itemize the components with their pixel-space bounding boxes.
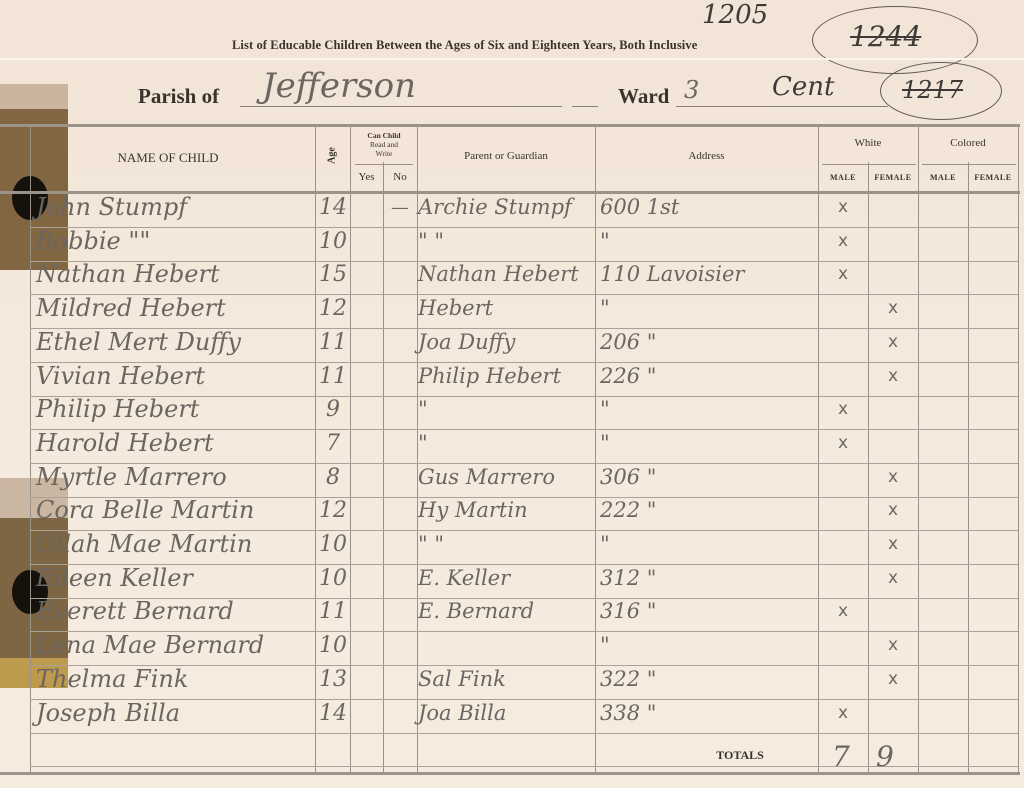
cell-name-of-child: Mildred Hebert xyxy=(36,291,314,325)
rw-sub-rule xyxy=(355,164,413,165)
ward-underline xyxy=(676,106,888,107)
cell-address: 110 Lavoisier xyxy=(600,257,818,291)
cell-parent-or-guardian: Hy Martin xyxy=(418,493,594,527)
cell-no xyxy=(383,493,417,527)
cell-parent-or-guardian: " " xyxy=(418,224,594,258)
cell-yes xyxy=(350,359,383,393)
cell-colored-male xyxy=(918,460,968,494)
cell-colored-female xyxy=(968,527,1018,561)
cell-name-of-child: Philip Hebert xyxy=(36,392,314,426)
cell-age: 9 xyxy=(316,392,350,426)
school-census-form: 1205 List of Educable Children Between t… xyxy=(0,0,1024,788)
header-colored-male: MALE xyxy=(918,173,968,182)
cell-white-male xyxy=(818,561,868,595)
ward-value: 3 xyxy=(684,76,699,104)
cell-age: 10 xyxy=(316,224,350,258)
cell-white-female: x xyxy=(868,359,918,393)
cell-colored-female xyxy=(968,493,1018,527)
cell-colored-male xyxy=(918,392,968,426)
cell-white-female xyxy=(868,594,918,628)
header-white: White xyxy=(818,137,918,149)
cell-white-female xyxy=(868,392,918,426)
header-colored-female: FEMALE xyxy=(968,173,1018,182)
cell-white-female: x xyxy=(868,493,918,527)
white-sub-rule xyxy=(822,164,916,165)
totals-white-male: 7 xyxy=(832,740,850,773)
cell-no: — xyxy=(383,190,417,224)
cell-colored-female xyxy=(968,561,1018,595)
fold-line xyxy=(0,58,1024,60)
cell-yes xyxy=(350,561,383,595)
cell-yes xyxy=(350,392,383,426)
row-rule xyxy=(30,733,1018,734)
cell-age: 11 xyxy=(316,359,350,393)
parish-underline-gap xyxy=(572,106,598,107)
cell-address: 338 " xyxy=(600,696,818,730)
cell-age: 10 xyxy=(316,527,350,561)
cell-white-male xyxy=(818,291,868,325)
annotation-circled-2: 1217 xyxy=(902,76,963,104)
cell-no xyxy=(383,257,417,291)
header-read-write-line2: Read and xyxy=(352,140,416,149)
cell-white-male: x xyxy=(818,426,868,460)
cell-colored-female xyxy=(968,190,1018,224)
header-age: Age xyxy=(327,144,338,168)
cell-colored-male xyxy=(918,291,968,325)
cell-name-of-child: Ethel Mert Duffy xyxy=(36,325,314,359)
cell-yes xyxy=(350,224,383,258)
margin-line xyxy=(30,127,31,772)
cell-no xyxy=(383,662,417,696)
cell-colored-male xyxy=(918,359,968,393)
cell-no xyxy=(383,527,417,561)
cell-name-of-child: Cora Belle Martin xyxy=(36,493,314,527)
header-colored: Colored xyxy=(918,137,1018,149)
cell-name-of-child: Bobbie "" xyxy=(36,224,314,258)
cell-white-female xyxy=(868,224,918,258)
cell-yes xyxy=(350,460,383,494)
cell-no xyxy=(383,392,417,426)
cell-address: 226 " xyxy=(600,359,818,393)
table-bottom-rule xyxy=(0,772,1020,775)
cell-white-female: x xyxy=(868,561,918,595)
cell-white-female: x xyxy=(868,662,918,696)
cell-name-of-child: Eileen Keller xyxy=(36,561,314,595)
cell-colored-female xyxy=(968,628,1018,662)
header-parent-or-guardian: Parent or Guardian xyxy=(417,150,595,162)
cell-colored-female xyxy=(968,696,1018,730)
cell-colored-female xyxy=(968,257,1018,291)
cell-no xyxy=(383,291,417,325)
form-title: List of Educable Children Between the Ag… xyxy=(232,38,697,53)
cell-yes xyxy=(350,527,383,561)
header-white-female: FEMALE xyxy=(868,173,918,182)
cell-colored-male xyxy=(918,561,968,595)
cell-white-female xyxy=(868,257,918,291)
annotation-circled-1: 1244 xyxy=(850,20,921,53)
row-rule xyxy=(30,766,1018,767)
cell-age: 10 xyxy=(316,628,350,662)
cell-white-female xyxy=(868,190,918,224)
cell-parent-or-guardian: " " xyxy=(418,527,594,561)
cell-white-male xyxy=(818,460,868,494)
cell-age: 15 xyxy=(316,257,350,291)
cell-parent-or-guardian: Hebert xyxy=(418,291,594,325)
cell-age: 14 xyxy=(316,190,350,224)
cell-parent-or-guardian: " xyxy=(418,426,594,460)
cell-no xyxy=(383,224,417,258)
cell-parent-or-guardian: Archie Stumpf xyxy=(418,190,594,224)
cell-name-of-child: Joseph Billa xyxy=(36,696,314,730)
cell-white-male: x xyxy=(818,224,868,258)
cell-colored-female xyxy=(968,662,1018,696)
cell-colored-female xyxy=(968,325,1018,359)
parish-underline xyxy=(240,106,562,107)
cell-colored-male xyxy=(918,493,968,527)
totals-white-female: 9 xyxy=(876,740,894,773)
cell-age: 8 xyxy=(316,460,350,494)
cell-yes xyxy=(350,628,383,662)
colored-sub-rule xyxy=(922,164,1016,165)
cell-address: " xyxy=(600,291,818,325)
ward-label: Ward xyxy=(618,84,669,109)
cell-parent-or-guardian: " xyxy=(418,392,594,426)
parish-value: Jefferson xyxy=(262,66,416,106)
cell-colored-male xyxy=(918,628,968,662)
cell-name-of-child: Everett Bernard xyxy=(36,594,314,628)
cell-white-male: x xyxy=(818,594,868,628)
cell-white-female xyxy=(868,696,918,730)
cell-white-male xyxy=(818,527,868,561)
cell-parent-or-guardian: Nathan Hebert xyxy=(418,257,594,291)
cell-white-female: x xyxy=(868,291,918,325)
cell-no xyxy=(383,426,417,460)
cell-age: 14 xyxy=(316,696,350,730)
cell-name-of-child: Vivian Hebert xyxy=(36,359,314,393)
cell-white-male xyxy=(818,325,868,359)
totals-label: TOTALS xyxy=(700,748,780,763)
cell-yes xyxy=(350,325,383,359)
cell-yes xyxy=(350,594,383,628)
table-right-edge xyxy=(1018,127,1019,772)
header-white-male: MALE xyxy=(818,173,868,182)
cell-colored-female xyxy=(968,594,1018,628)
table-top-rule xyxy=(0,124,1020,127)
header-address: Address xyxy=(595,150,818,162)
cell-no xyxy=(383,628,417,662)
cell-parent-or-guardian xyxy=(418,628,594,662)
cell-colored-female xyxy=(968,426,1018,460)
cell-name-of-child: Ollah Mae Martin xyxy=(36,527,314,561)
cell-white-female: x xyxy=(868,460,918,494)
cell-parent-or-guardian: Joa Billa xyxy=(418,696,594,730)
cell-colored-male xyxy=(918,224,968,258)
cell-no xyxy=(383,561,417,595)
cell-address: " xyxy=(600,224,818,258)
cell-name-of-child: Harold Hebert xyxy=(36,426,314,460)
cell-colored-male xyxy=(918,325,968,359)
cell-yes xyxy=(350,662,383,696)
cell-no xyxy=(383,696,417,730)
cell-white-female xyxy=(868,426,918,460)
cell-no xyxy=(383,325,417,359)
cell-address: 206 " xyxy=(600,325,818,359)
cell-white-male: x xyxy=(818,190,868,224)
cell-yes xyxy=(350,696,383,730)
cell-white-male xyxy=(818,359,868,393)
cell-name-of-child: Myrtle Marrero xyxy=(36,460,314,494)
header-name-of-child: NAME OF CHILD xyxy=(68,150,268,166)
cell-address: " xyxy=(600,527,818,561)
cell-address: " xyxy=(600,426,818,460)
cell-age: 12 xyxy=(316,291,350,325)
cell-age: 7 xyxy=(316,426,350,460)
cell-parent-or-guardian: E. Keller xyxy=(418,561,594,595)
cell-name-of-child: Lena Mae Bernard xyxy=(36,628,314,662)
cell-name-of-child: Thelma Fink xyxy=(36,662,314,696)
cell-white-female: x xyxy=(868,628,918,662)
cell-colored-female xyxy=(968,392,1018,426)
parish-label: Parish of xyxy=(138,84,219,109)
cell-white-male xyxy=(818,628,868,662)
cell-parent-or-guardian: Sal Fink xyxy=(418,662,594,696)
cell-white-male: x xyxy=(818,696,868,730)
cell-colored-male xyxy=(918,662,968,696)
header-read-write: Can Child Read and Write xyxy=(352,131,416,158)
cell-name-of-child: Nathan Hebert xyxy=(36,257,314,291)
cell-yes xyxy=(350,257,383,291)
cell-white-male xyxy=(818,662,868,696)
cell-address: 312 " xyxy=(600,561,818,595)
cell-white-male xyxy=(818,493,868,527)
cell-address: 222 " xyxy=(600,493,818,527)
annotation-number-top: 1205 xyxy=(702,0,768,30)
cell-parent-or-guardian: E. Bernard xyxy=(418,594,594,628)
cell-colored-male xyxy=(918,696,968,730)
header-no: No xyxy=(383,171,417,183)
cell-white-female: x xyxy=(868,527,918,561)
cell-no xyxy=(383,460,417,494)
cell-address: 600 1st xyxy=(600,190,818,224)
cell-colored-female xyxy=(968,359,1018,393)
col-divider-address xyxy=(595,127,596,772)
cell-yes xyxy=(350,190,383,224)
cell-address: 316 " xyxy=(600,594,818,628)
cell-name-of-child: John Stumpf xyxy=(36,190,314,224)
cell-colored-male xyxy=(918,257,968,291)
header-read-write-line1: Can Child xyxy=(352,131,416,140)
cell-colored-male xyxy=(918,527,968,561)
cell-white-female: x xyxy=(868,325,918,359)
cell-address: " xyxy=(600,628,818,662)
cell-age: 12 xyxy=(316,493,350,527)
header-read-write-line3: Write xyxy=(352,149,416,158)
cell-address: 306 " xyxy=(600,460,818,494)
cell-parent-or-guardian: Gus Marrero xyxy=(418,460,594,494)
cell-colored-female xyxy=(968,224,1018,258)
cell-parent-or-guardian: Philip Hebert xyxy=(418,359,594,393)
cell-no xyxy=(383,359,417,393)
cell-colored-female xyxy=(968,460,1018,494)
cell-colored-male xyxy=(918,594,968,628)
cell-white-male: x xyxy=(818,392,868,426)
cell-age: 13 xyxy=(316,662,350,696)
cell-age: 11 xyxy=(316,325,350,359)
cell-parent-or-guardian: Joa Duffy xyxy=(418,325,594,359)
annotation-cent: Cent xyxy=(772,72,834,102)
cell-age: 10 xyxy=(316,561,350,595)
cell-yes xyxy=(350,291,383,325)
cell-colored-female xyxy=(968,291,1018,325)
header-yes: Yes xyxy=(350,171,383,183)
cell-no xyxy=(383,594,417,628)
cell-yes xyxy=(350,426,383,460)
cell-colored-male xyxy=(918,426,968,460)
cell-colored-male xyxy=(918,190,968,224)
cell-yes xyxy=(350,493,383,527)
cell-address: 322 " xyxy=(600,662,818,696)
cell-white-male: x xyxy=(818,257,868,291)
cell-address: " xyxy=(600,392,818,426)
cell-age: 11 xyxy=(316,594,350,628)
